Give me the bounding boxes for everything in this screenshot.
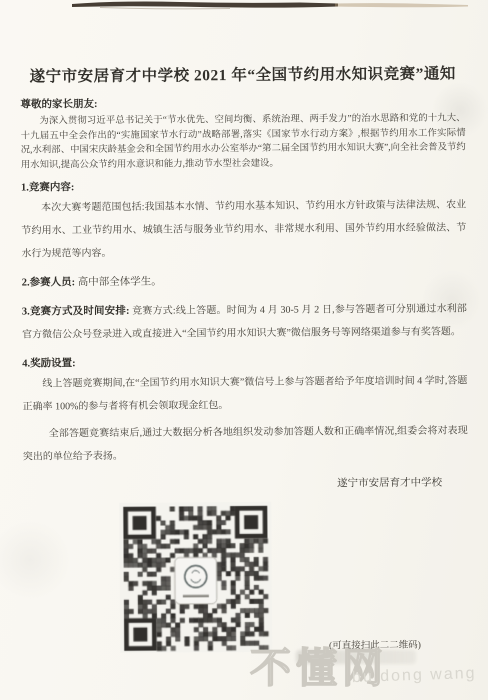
section-4-heading: 4.奖励设置: bbox=[22, 353, 467, 371]
qr-code bbox=[119, 502, 274, 655]
section-1-body: 本次大赛考题范围包括:我国基本水情、节约用水基本知识、节约用水方针政策与法律法规… bbox=[21, 194, 466, 266]
notice-body: 遂宁市安居育才中学校 2021 年“全国节约用水知识竞赛”通知 尊敬的家长朋友:… bbox=[0, 0, 488, 656]
section-4-paragraph-2: 全部答题竞赛结束后,通过大数据分析各地组织发动参加答题人数和正确率情况,组委会将… bbox=[23, 420, 468, 469]
section-2-body: 高中部全体学生。 bbox=[78, 277, 162, 289]
section-2-heading: 2.参赛人员: bbox=[22, 278, 75, 289]
section-4-paragraph-1: 线上答题竞赛期间,在“全国节约用水知识大赛”微信号上参与答题者给予年度培训时间 … bbox=[22, 370, 467, 419]
faint-stamp-smudge bbox=[296, 650, 416, 664]
section-2-line: 2.参赛人员: 高中部全体学生。 bbox=[22, 272, 467, 290]
intro-paragraph: 为深入贯彻习近平总书记关于“节水优先、空间均衡、系统治理、两手发力”的治水思路和… bbox=[21, 111, 466, 172]
section-1-heading: 1.竞赛内容: bbox=[21, 177, 466, 195]
watermark-pinyin: bu dong wang bbox=[352, 665, 477, 687]
qr-code-canvas bbox=[119, 502, 272, 653]
salutation: 尊敬的家长朋友: bbox=[20, 93, 465, 111]
section-3-heading: 3.竞赛方式及时间安排: bbox=[22, 306, 130, 318]
section-3-line: 3.竞赛方式及时间安排: 竞赛方式:线上答题。时间为 4 月 30-5 月 2 … bbox=[22, 298, 467, 347]
school-signature: 遂宁市安居育才中学校 bbox=[23, 475, 468, 493]
notice-title: 遂宁市安居育才中学校 2021 年“全国节约用水知识竞赛”通知 bbox=[20, 62, 465, 89]
scanned-notice-page: 遂宁市安居育才中学校 2021 年“全国节约用水知识竞赛”通知 尊敬的家长朋友:… bbox=[0, 0, 488, 700]
